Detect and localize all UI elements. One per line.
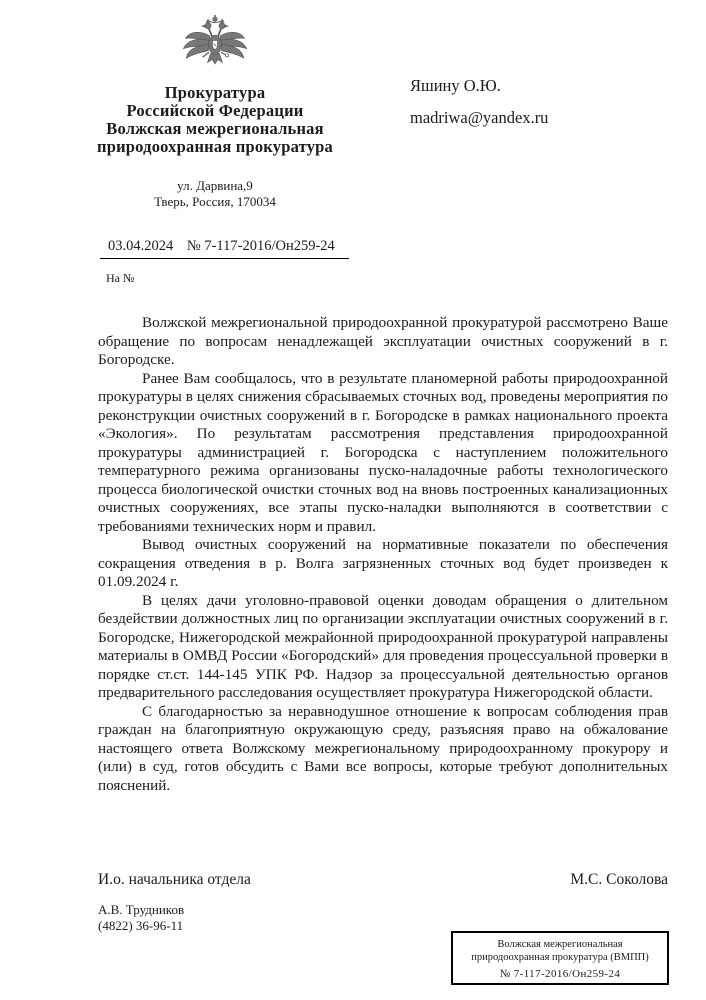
org-name-line: Российской Федерации [80, 102, 350, 120]
signer-name: М.С. Соколова [570, 871, 668, 889]
executor-block: А.В. Трудников (4822) 36-96-11 [98, 902, 184, 934]
body-paragraph: Ранее Вам сообщалось, что в результате п… [98, 370, 668, 537]
body-paragraph: С благодарностью за неравнодушное отноше… [98, 703, 668, 796]
reference-number: № 7-117-2016/Он259-24 [187, 238, 335, 254]
stamp-number: № 7-117-2016/Он259-24 [453, 968, 667, 980]
reference-underline: 03.04.2024 № 7-117-2016/Он259-24 [100, 238, 349, 259]
body-paragraph: Вывод очистных сооружений на нормативные… [98, 536, 668, 592]
signature-row: И.о. начальника отдела М.С. Соколова [98, 871, 668, 889]
org-address-city: Тверь, Россия, 170034 [80, 194, 350, 210]
registration-stamp: Волжская межрегиональная природоохранная… [451, 931, 669, 985]
executor-phone: (4822) 36-96-11 [98, 918, 184, 934]
stamp-org-name: Волжская межрегиональная природоохранная… [453, 939, 667, 964]
reply-reference-label: На № [106, 271, 134, 286]
reference-date: 03.04.2024 [108, 238, 173, 254]
coat-of-arms-icon [177, 14, 253, 80]
recipient-name: Яшину О.Ю. [410, 76, 548, 95]
signer-position: И.о. начальника отдела [98, 871, 251, 889]
body-paragraph: В целях дачи уголовно-правовой оценки до… [98, 592, 668, 703]
org-address-street: ул. Дарвина,9 [80, 178, 350, 194]
body-paragraph: Волжской межрегиональной природоохранной… [98, 314, 668, 370]
reference-line: 03.04.2024 № 7-117-2016/Он259-24 [100, 238, 349, 259]
org-name: Прокуратура Российской Федерации Волжска… [80, 84, 350, 156]
recipient-block: Яшину О.Ю. madriwa@yandex.ru [410, 76, 548, 127]
letter-page: Прокуратура Российской Федерации Волжска… [0, 0, 706, 1000]
org-name-line: природоохранная прокуратура [80, 138, 350, 156]
org-name-line: Прокуратура [80, 84, 350, 102]
recipient-email: madriwa@yandex.ru [410, 108, 548, 127]
org-name-line: Волжская межрегиональная [80, 120, 350, 138]
letterhead: Прокуратура Российской Федерации Волжска… [80, 14, 350, 210]
executor-name: А.В. Трудников [98, 902, 184, 918]
org-address: ул. Дарвина,9 Тверь, Россия, 170034 [80, 178, 350, 210]
letter-body: Волжской межрегиональной природоохранной… [98, 314, 668, 795]
